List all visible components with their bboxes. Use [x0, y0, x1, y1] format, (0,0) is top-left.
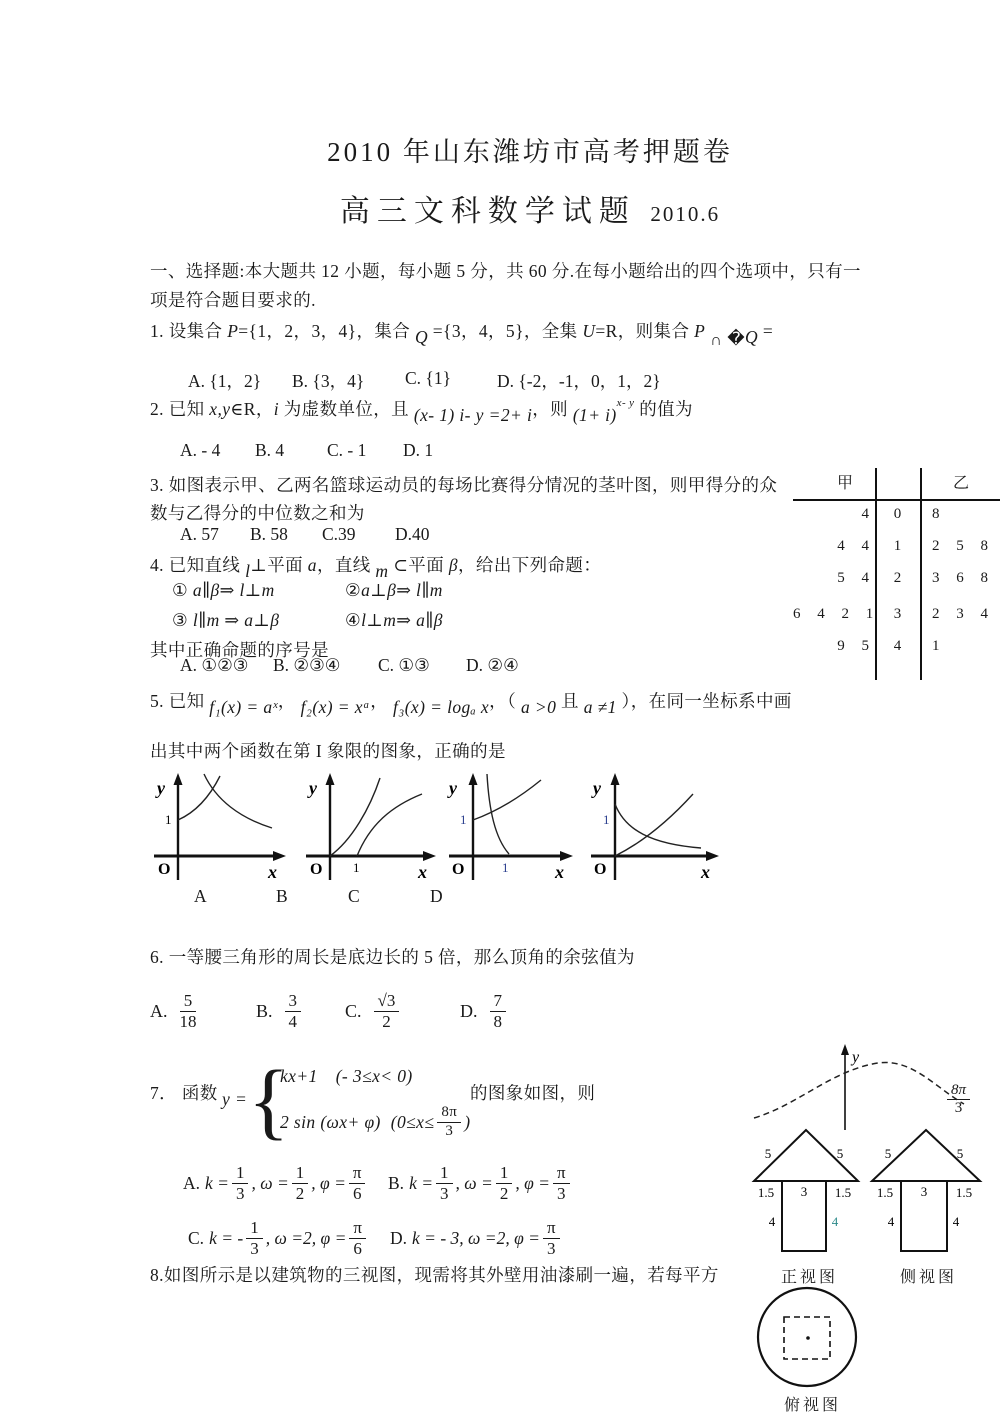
svg-text:y: y: [307, 778, 318, 798]
q4-option-c: C. ①③: [378, 655, 430, 676]
x-axis-arrow: [560, 851, 573, 861]
q4-option-a: A. ①②③: [180, 655, 248, 676]
question-2-stem: 2. 已知 x,y∈R，i 为虚数单位，且 (x- 1) i- y =2+ i，…: [150, 396, 693, 421]
svg-text:x: x: [267, 862, 277, 882]
increasing-curve: [473, 780, 541, 820]
question-8-stem: 8.如图所示是以建筑物的三视图，现需将其外壁用油漆刷一遍，若每平方: [150, 1262, 719, 1287]
svg-text:5: 5: [837, 1146, 844, 1161]
steep-decreasing-curve: [487, 774, 509, 854]
fraction: 13: [232, 1163, 249, 1203]
side-view-caption: 侧视图: [900, 1264, 957, 1287]
question-3-stem-line2: 数与乙得分的中位数之和为: [150, 500, 365, 525]
svg-text:O: O: [594, 861, 606, 878]
subtitle-date: 2010.6: [650, 202, 720, 226]
stem-leaf-row: 4 412 5 8: [793, 538, 1000, 564]
q7-figure-8pi-over-3: 8π3: [947, 1082, 970, 1118]
fraction: 518: [180, 991, 197, 1031]
stem-leaf-row: 5 423 6 8: [793, 570, 1000, 596]
svg-text:y: y: [155, 778, 166, 798]
y-axis-arrow: [611, 773, 620, 785]
increasing-curve: [178, 776, 220, 820]
svg-text:O: O: [310, 861, 322, 878]
svg-text:1: 1: [460, 812, 467, 827]
question-3-stem-line1: 3. 如图表示甲、乙两名篮球运动员的每场比赛得分情况的茎叶图，则甲得分的众: [150, 472, 777, 497]
x-axis-arrow: [423, 851, 436, 861]
center-dot: [806, 1336, 810, 1340]
fraction: 12: [496, 1163, 513, 1203]
q4-proposition-1: ① a∥β⇒ l⊥m: [172, 580, 275, 601]
svg-text:1.5: 1.5: [758, 1185, 774, 1200]
question-7-lead: 7． 函数: [150, 1080, 218, 1105]
q3-option-c: C.39: [322, 524, 356, 545]
q3-option-a: A. 57: [180, 524, 219, 545]
fraction: π3: [553, 1163, 570, 1203]
fraction: 12: [292, 1163, 309, 1203]
q1-option-d: D. {-2，-1，0，1，2}: [497, 368, 661, 393]
q6-option-d: D. 78: [460, 980, 509, 1042]
svg-text:1.5: 1.5: [877, 1185, 893, 1200]
q1-option-a: A. {1，2}: [188, 368, 261, 393]
graph-d-figure: y x O 1: [585, 768, 725, 886]
q4-proposition-3: ③ l∥m ⇒ a⊥β: [172, 610, 279, 631]
svg-text:x: x: [554, 862, 564, 882]
graph-label-a: A: [194, 886, 207, 907]
q1-option-b: B. {3，4}: [292, 368, 364, 393]
stem-leaf-row: 9 541: [793, 638, 1000, 664]
svg-text:1: 1: [165, 812, 172, 827]
exam-paper-page: 2010 年山东潍坊市高考押题卷 高三文科数学试题 2010.6 一、选择题:本…: [0, 0, 1000, 1415]
question-5-stem-line2: 出其中两个函数在第 I 象限的图象，正确的是: [150, 738, 506, 763]
convex-increasing-curve: [330, 778, 380, 856]
question-1-stem: 1. 设集合 P={1，2，3，4}，集合 Q ={3，4，5}，全集 U=R，…: [150, 318, 773, 343]
svg-text:3: 3: [921, 1184, 928, 1199]
q7-option-b: B. k = 13 , ω = 12 , φ = π3: [388, 1155, 573, 1211]
graph-b-figure: y x O 1: [300, 768, 440, 886]
q6-option-c: C. √32: [345, 980, 402, 1042]
fraction: √32: [374, 991, 400, 1031]
q7-option-a: A. k = 13 , ω = 12 , φ = π6: [183, 1155, 368, 1211]
svg-text:y: y: [850, 1049, 860, 1066]
q4-proposition-2: ②a⊥β⇒ l∥m: [345, 580, 443, 601]
svg-text:4: 4: [953, 1214, 960, 1229]
svg-text:x: x: [417, 862, 427, 882]
x-axis-arrow: [706, 851, 719, 861]
decay-curve: [615, 804, 701, 848]
top-view-caption: 俯视图: [784, 1392, 841, 1415]
q7-option-c: C. k = - 13 , ω =2, φ = π6: [188, 1210, 369, 1266]
stem-leaf-header-jia: 甲: [837, 470, 853, 493]
question-5-stem: 5. 已知 f₁(x) = aˣ， f₂(x) = xᵃ， f₃(x) = lo…: [150, 688, 792, 713]
q2-option-c: C. - 1: [327, 440, 366, 461]
q7-y-equals: y =: [222, 1089, 247, 1110]
fraction: 34: [285, 991, 302, 1031]
stem-leaf-plot: 甲 乙 408 4 412 5 8 5 423 6 8 6 4 2 132 3 …: [793, 468, 1000, 680]
q4-option-d: D. ②④: [466, 655, 519, 676]
section-intro-line1: 一、选择题:本大题共 12 小题，每小题 5 分，共 60 分.在每小题给出的四…: [150, 258, 861, 283]
svg-text:5: 5: [885, 1146, 892, 1161]
dashed-sine-curve: [754, 1062, 964, 1118]
q3-option-d: D.40: [395, 524, 430, 545]
svg-text:O: O: [452, 861, 464, 878]
q7-option-d: D. k = - 3, ω =2, φ = π3: [390, 1210, 563, 1266]
fraction: 8π3: [437, 1104, 461, 1140]
y-axis-arrow: [841, 1044, 849, 1055]
q6-option-a: A. 518: [150, 980, 200, 1042]
top-view-figure: [753, 1284, 861, 1392]
question-6-stem: 6. 一等腰三角形的周长是底边长的 5 倍，那么顶角的余弦值为: [150, 944, 635, 969]
fraction: π3: [543, 1218, 560, 1258]
y-axis-arrow: [174, 773, 183, 785]
y-axis-arrow: [469, 773, 478, 785]
x-axis-arrow: [273, 851, 286, 861]
svg-text:y: y: [447, 778, 458, 798]
y-axis-arrow: [326, 773, 335, 785]
stem-leaf-horizontal-rule: [793, 499, 1000, 501]
svg-text:y: y: [591, 778, 602, 798]
page-title: 2010 年山东潍坊市高考押题卷: [60, 130, 1000, 169]
svg-text:x: x: [700, 862, 710, 882]
svg-text:1: 1: [603, 812, 610, 827]
q4-option-b: B. ②③④: [273, 655, 341, 676]
q2-option-b: B. 4: [255, 440, 284, 461]
page-subtitle: 高三文科数学试题 2010.6: [60, 186, 1000, 230]
svg-text:O: O: [158, 861, 170, 878]
q6-option-b: B. 34: [256, 980, 304, 1042]
question-4-stem: 4. 已知直线 l⊥平面 a，直线 m ⊂平面 β，给出下列命题：: [150, 552, 601, 577]
stem-leaf-header-yi: 乙: [953, 470, 969, 493]
section-intro-line2: 项是符合题目要求的.: [150, 287, 316, 312]
svg-text:1.5: 1.5: [835, 1185, 851, 1200]
q2-option-a: A. - 4: [180, 440, 220, 461]
fraction: π6: [349, 1163, 366, 1203]
fraction: π6: [349, 1218, 366, 1258]
svg-text:4: 4: [888, 1214, 895, 1229]
svg-text:4: 4: [769, 1214, 776, 1229]
graph-a-figure: y x O 1: [148, 768, 293, 886]
graph-label-c: C: [348, 886, 360, 907]
concave-increasing-curve: [357, 794, 422, 856]
q7-case-2: 2 sin (ωx+ φ) (0≤x≤ 8π3 ): [280, 1096, 470, 1148]
front-view-figure: 5 5 1.5 3 1.5 4 4: [748, 1114, 868, 1256]
graph-label-b: B: [276, 886, 288, 907]
svg-text:1.5: 1.5: [956, 1185, 972, 1200]
svg-text:4: 4: [832, 1214, 839, 1229]
svg-text:3: 3: [801, 1184, 808, 1199]
fraction: 78: [490, 991, 507, 1031]
q2-option-d: D. 1: [403, 440, 433, 461]
q3-option-b: B. 58: [250, 524, 288, 545]
increasing-curve: [615, 794, 693, 856]
q7-tail: 的图象如图，则: [470, 1080, 595, 1105]
side-view-figure: 5 5 1.5 3 1.5 4 4: [868, 1114, 988, 1256]
graph-c-figure: y x O 1 1: [443, 768, 578, 886]
fraction: 13: [246, 1218, 263, 1258]
subtitle-text: 高三文科数学试题: [340, 195, 636, 228]
stem-leaf-row: 6 4 2 132 3 4: [793, 606, 1000, 632]
svg-text:1: 1: [353, 860, 360, 875]
graph-label-d: D: [430, 886, 443, 907]
q4-proposition-4: ④l⊥m⇒ a∥β: [345, 610, 443, 631]
fraction: 13: [436, 1163, 453, 1203]
svg-text:5: 5: [957, 1146, 964, 1161]
q1-option-c: C. {1}: [405, 368, 451, 389]
stem-leaf-row: 408: [793, 506, 1000, 532]
svg-text:1: 1: [502, 860, 509, 875]
q7-case-1: kx+1(- 3≤x< 0): [280, 1066, 413, 1087]
decreasing-curve: [204, 774, 272, 828]
svg-text:5: 5: [765, 1146, 772, 1161]
